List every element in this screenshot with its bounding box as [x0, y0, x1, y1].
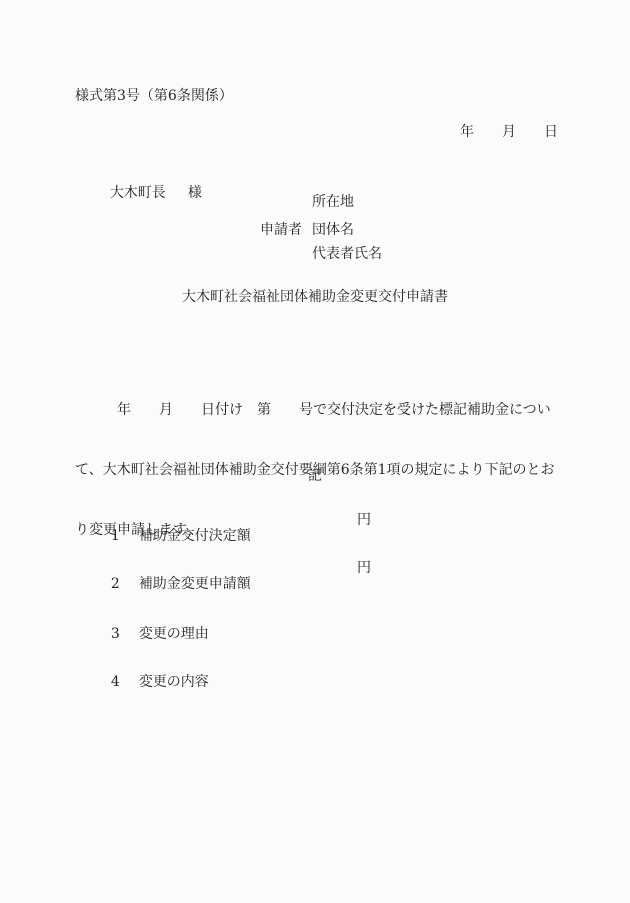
item-number: 3 [111, 626, 139, 642]
applicant-field-group-name: 団体名 [312, 222, 354, 238]
item-number: 2 [111, 576, 139, 592]
applicant-field-representative-name: 代表者氏名 [312, 246, 382, 262]
addressee-honorific: 様 [188, 185, 202, 201]
applicant-label: 申請者 [260, 222, 302, 238]
body-line-1: 年 月 日付け 第 号で交付決定を受けた標記補助金につい [75, 396, 563, 424]
item-label: 変更の内容 [139, 674, 209, 690]
item-unit-suffix: 円 [357, 512, 371, 528]
item-number: 1 [111, 528, 139, 544]
date-line: 年 月 日 [460, 124, 558, 140]
addressee-name: 大木町長 [110, 185, 166, 201]
section-marker: 記 [0, 468, 630, 484]
item-number: 4 [111, 674, 139, 690]
form-number-line: 様式第3号（第6条関係） [75, 88, 233, 104]
applicant-field-address: 所在地 [312, 194, 354, 210]
item-unit-suffix: 円 [357, 560, 371, 576]
document-page: 様式第3号（第6条関係） 年 月 日 大木町長様 申請者 所在地 団体名 代表者… [0, 0, 630, 903]
addressee-line: 大木町長様 [92, 169, 202, 217]
item-label: 補助金変更申請額 [139, 576, 251, 592]
document-title: 大木町社会福祉団体補助金変更交付申請書 [0, 289, 630, 305]
item-label: 変更の理由 [139, 626, 209, 642]
item-row-change-content: 4変更の内容 [93, 658, 433, 722]
item-label: 補助金交付決定額 [139, 528, 251, 544]
